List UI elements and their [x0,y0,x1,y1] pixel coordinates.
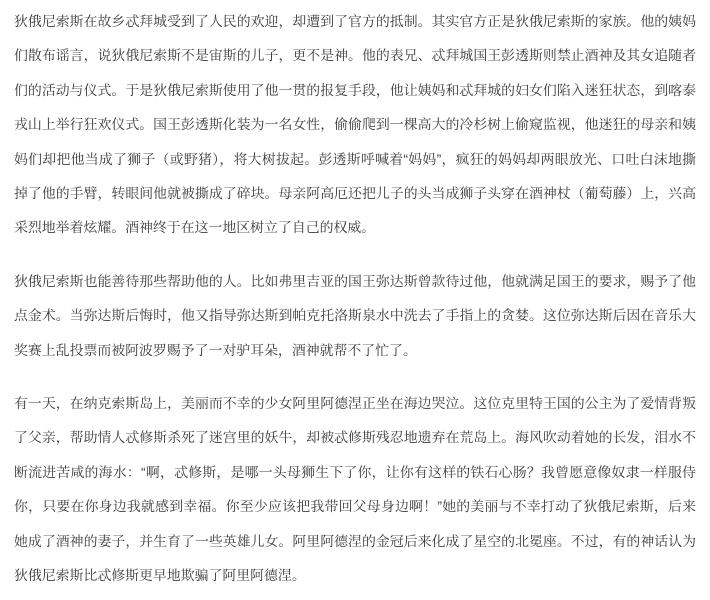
document-page: 狄俄尼索斯在故乡忒拜城受到了人民的欢迎，却遭到了官方的抵制。其实官方正是狄俄尼索… [0,0,710,600]
story-paragraph-2: 狄俄尼索斯也能善待那些帮助他的人。比如弗里吉亚的国王弥达斯曾款待过他，他就满足国… [14,264,696,367]
story-paragraph-1: 狄俄尼索斯在故乡忒拜城受到了人民的欢迎，却遭到了官方的抵制。其实官方正是狄俄尼索… [14,4,696,245]
story-paragraph-3: 有一天，在纳克索斯岛上，美丽而不幸的少女阿里阿德涅正坐在海边哭泣。这位克里特王国… [14,386,696,592]
